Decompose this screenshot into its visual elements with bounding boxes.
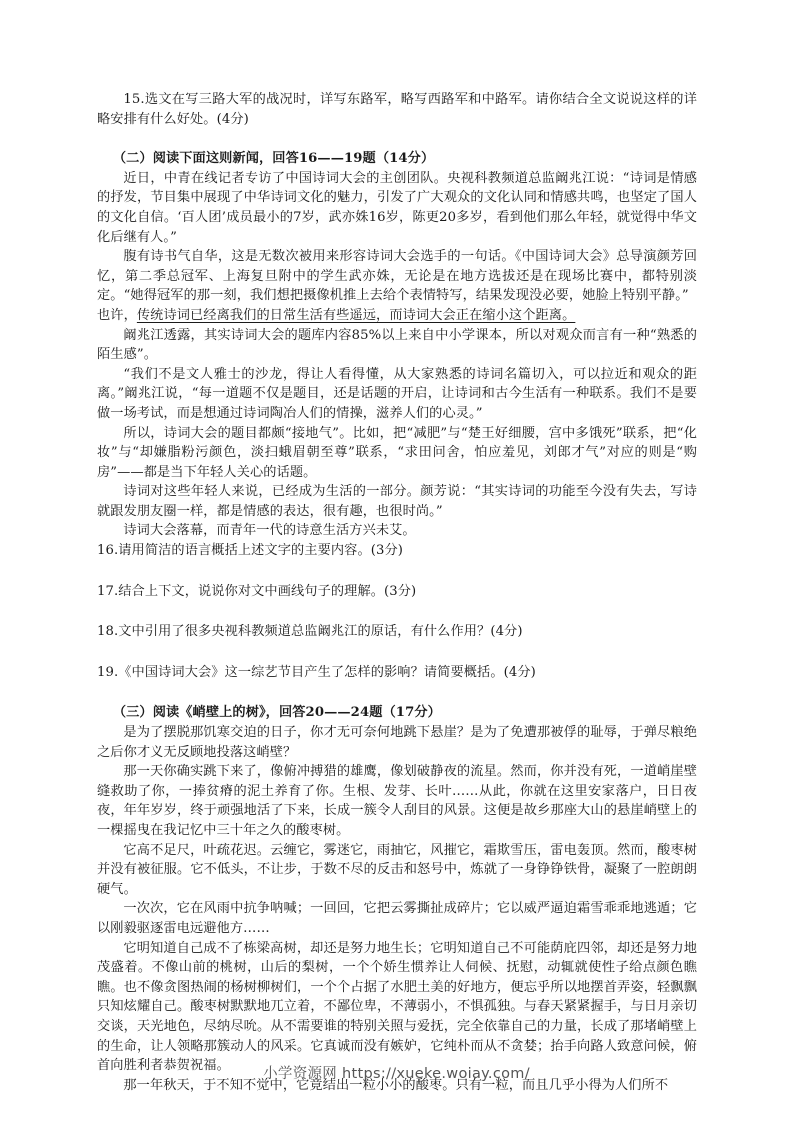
news-paragraph-underlined: 也许，传统诗词已经离我们的日常生活有些遥远，而诗词大会正在缩小这个距离。 (97, 306, 697, 326)
footer-watermark: 小学资源网 https://xueke.woiay.com/ (0, 1062, 793, 1083)
exam-page: 15.选文在写三路大军的战况时，详写东路军，略写西路军和中路军。请你结合全文说说… (97, 90, 697, 1095)
news-paragraph: 腹有诗书气自华，这是无数次被用来形容诗词大会选手的一句话。《中国诗词大会》总导演… (97, 247, 697, 306)
answer-space (97, 682, 697, 703)
news-paragraph: 诗词大会落幕，而青年一代的诗意生活方兴未艾。 (97, 521, 697, 541)
question-19: 19.《中国诗词大会》这一综艺节目产生了怎样的影响？请简要概括。(4分) (97, 663, 697, 683)
answer-space (97, 561, 697, 582)
section-3-heading: （三）阅读《峭壁上的树》，回答20——24题（17分） (97, 703, 697, 723)
question-15: 15.选文在写三路大军的战况时，详写东路军，略写西路军和中路军。请你结合全文说说… (97, 90, 697, 129)
essay-paragraph: 那一天你确实跳下来了，像俯冲搏猎的雄鹰，像划破静夜的流星。然而，你并没有死，一道… (97, 762, 697, 840)
question-18: 18.文中引用了很多央视科教频道总监阚兆江的原话，有什么作用？(4分) (97, 622, 697, 642)
essay-paragraph: 一次次，它在风雨中抗争呐喊；一回回，它把云雾撕扯成碎片；它以威严逼迫霜雪乖乖地逃… (97, 899, 697, 938)
answer-space (97, 601, 697, 622)
news-paragraph: 所以，诗词大会的题目都颇“接地气”。比如，把“减肥”与“楚王好细腰，宫中多饿死”… (97, 424, 697, 483)
news-paragraph: 阚兆江透露，其实诗词大会的题库内容85%以上来自中小学课本，所以对观众而言有一种… (97, 326, 697, 365)
essay-paragraph: 它高不足尺，叶疏花迟。云缠它，雾迷它，雨抽它，风摧它，霜欺雪压，雷电轰顶。然而，… (97, 841, 697, 900)
section-2-heading: （二）阅读下面这则新闻，回答16——19题（14分） (97, 149, 697, 169)
news-paragraph: 诗词对这些年轻人来说，已经成为生活的一部分。颜芳说：“其实诗词的功能至今没有失去… (97, 482, 697, 521)
essay-paragraph: 是为了摆脱那饥寒交迫的日子，你才无可奈何地跳下悬崖？是为了免遭那被俘的耻辱，于弹… (97, 723, 697, 762)
underline-prefix: 也许， (97, 308, 137, 323)
news-paragraph: 近日，中青在线记者专访了中国诗词大会的主创团队。央视科教频道总监阚兆江说：“诗词… (97, 169, 697, 247)
essay-paragraph: 它明知道自己成不了栋梁高树，却还是努力地生长；它明知道自己不可能荫庇四邻，却还是… (97, 939, 697, 1076)
spacer (97, 129, 697, 149)
question-17: 17.结合上下文，说说你对文中画线句子的理解。(3分) (97, 582, 697, 602)
answer-space (97, 642, 697, 663)
question-16: 16.请用简洁的语言概括上述文字的主要内容。(3分) (97, 541, 697, 561)
news-paragraph: “我们不是文人雅士的沙龙，得让人看得懂，从大家熟悉的诗词名篇切入，可以拉近和观众… (97, 365, 697, 424)
underlined-sentence: 传统诗词已经离我们的日常生活有些遥远，而诗词大会正在缩小这个距离。 (137, 308, 575, 323)
